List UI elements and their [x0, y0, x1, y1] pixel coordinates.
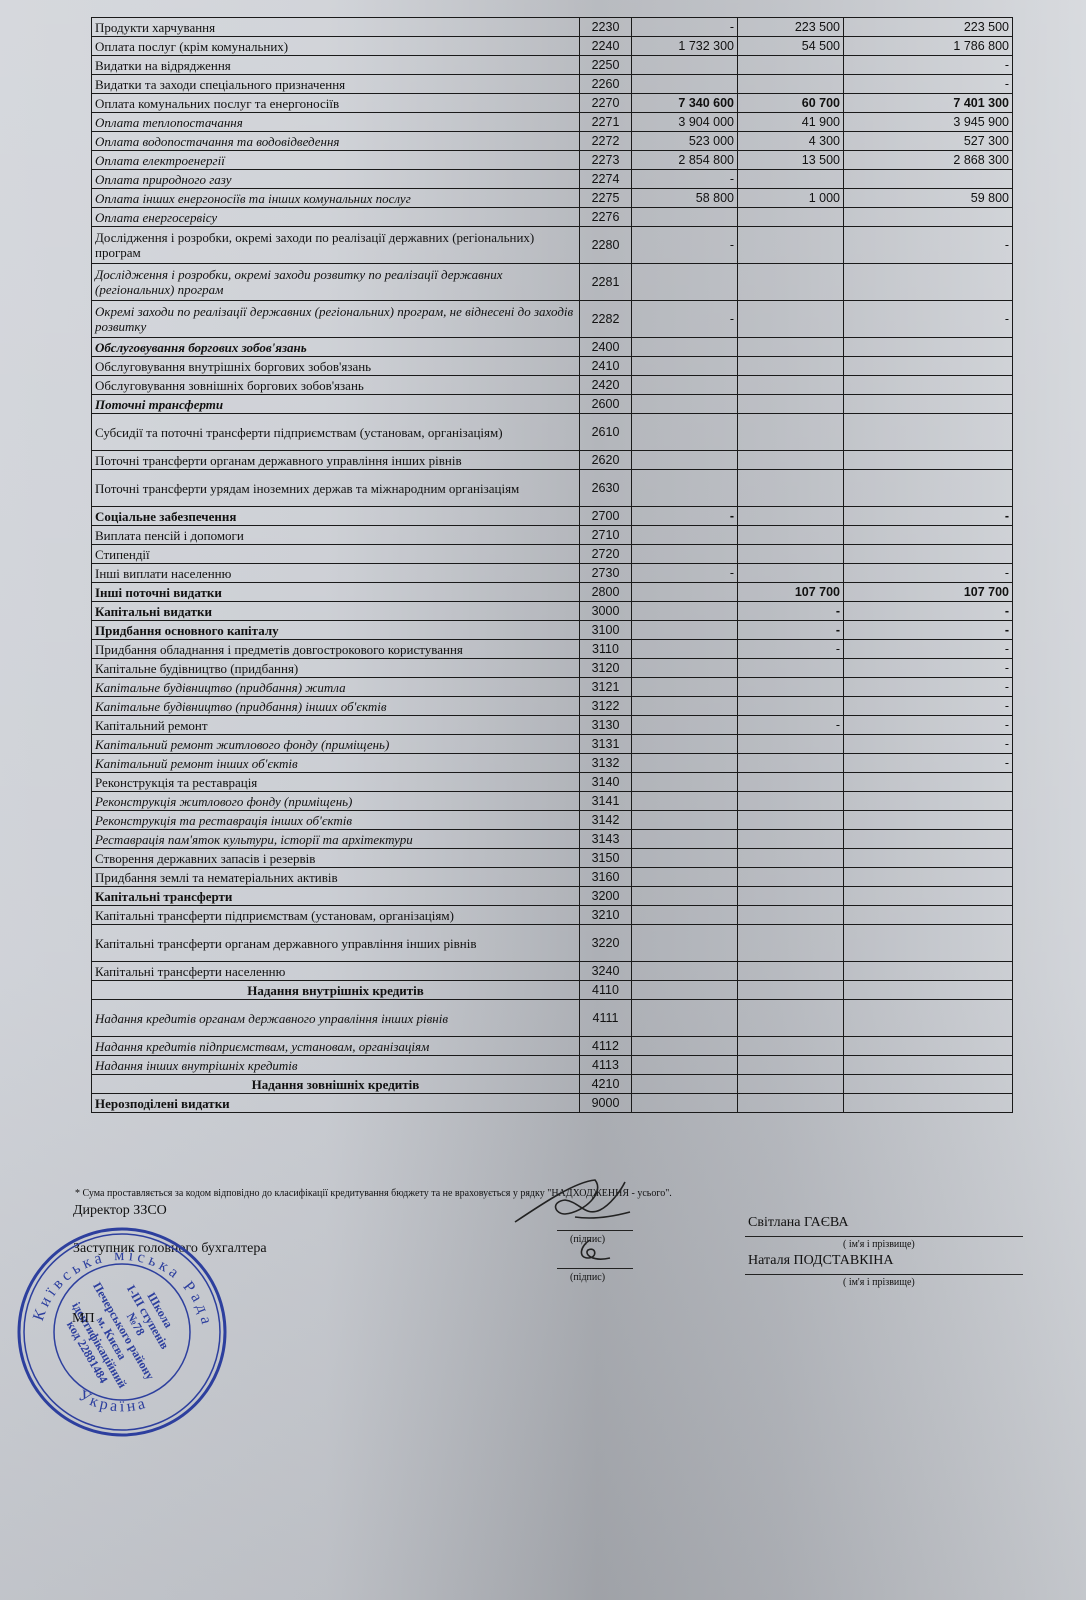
row-code: 3160	[580, 868, 632, 887]
row-value-special-fund: -	[738, 602, 844, 621]
row-value-general-fund	[632, 830, 738, 849]
row-code: 2271	[580, 113, 632, 132]
director-name: Світлана ГАЄВА	[748, 1215, 849, 1231]
table-row: Капітальний ремонт3130--	[92, 716, 1013, 735]
row-value-total	[844, 981, 1013, 1000]
row-value-total: -	[844, 564, 1013, 583]
row-code: 3200	[580, 887, 632, 906]
table-row: Поточні трансферти урядам іноземних держ…	[92, 470, 1013, 507]
row-value-total: -	[844, 621, 1013, 640]
row-name: Реконструкція та реставрація	[92, 773, 580, 792]
row-name: Придбання обладнання і предметів довгост…	[92, 640, 580, 659]
row-value-total	[844, 925, 1013, 962]
row-name: Окремі заходи по реалізації державних (р…	[92, 301, 580, 338]
row-value-total	[844, 887, 1013, 906]
row-value-general-fund: -	[632, 564, 738, 583]
row-name: Видатки на відрядження	[92, 56, 580, 75]
row-value-special-fund	[738, 925, 844, 962]
row-value-total: 223 500	[844, 18, 1013, 37]
row-code: 9000	[580, 1094, 632, 1113]
row-code: 2730	[580, 564, 632, 583]
row-name: Дослідження і розробки, окремі заходи по…	[92, 227, 580, 264]
row-value-general-fund: 3 904 000	[632, 113, 738, 132]
row-value-general-fund	[632, 906, 738, 925]
row-name: Обслуговування боргових зобов'язань	[92, 338, 580, 357]
budget-expenditure-table: Продукти харчування2230-223 500223 500Оп…	[91, 17, 1013, 1113]
row-code: 2240	[580, 37, 632, 56]
row-value-total	[844, 1000, 1013, 1037]
row-name: Дослідження і розробки, окремі заходи ро…	[92, 264, 580, 301]
row-value-total: -	[844, 301, 1013, 338]
row-value-special-fund	[738, 868, 844, 887]
row-name: Інші поточні видатки	[92, 583, 580, 602]
row-value-special-fund	[738, 526, 844, 545]
row-name: Оплата електроенергії	[92, 151, 580, 170]
row-value-total	[844, 451, 1013, 470]
row-name: Обслуговування внутрішніх боргових зобов…	[92, 357, 580, 376]
row-code: 3121	[580, 678, 632, 697]
row-name: Придбання землі та нематеріальних активі…	[92, 868, 580, 887]
row-value-general-fund	[632, 451, 738, 470]
table-row: Капітальне будівництво (придбання) житла…	[92, 678, 1013, 697]
table-row: Соціальне забезпечення2700--	[92, 507, 1013, 526]
row-value-total	[844, 208, 1013, 227]
row-name: Продукти харчування	[92, 18, 580, 37]
row-value-general-fund	[632, 659, 738, 678]
row-value-total: -	[844, 227, 1013, 264]
table-row: Оплата інших енергоносіїв та інших комун…	[92, 189, 1013, 208]
row-value-general-fund	[632, 602, 738, 621]
row-code: 2270	[580, 94, 632, 113]
row-name: Реконструкція житлового фонду (приміщень…	[92, 792, 580, 811]
row-value-general-fund	[632, 811, 738, 830]
row-name: Створення державних запасів і резервів	[92, 849, 580, 868]
table-row: Капітальне будівництво (придбання) інших…	[92, 697, 1013, 716]
row-name: Капітальне будівництво (придбання) житла	[92, 678, 580, 697]
row-value-total	[844, 792, 1013, 811]
row-value-special-fund: 60 700	[738, 94, 844, 113]
row-value-special-fund	[738, 792, 844, 811]
row-value-general-fund: 523 000	[632, 132, 738, 151]
table-row: Надання внутрішніх кредитів4110	[92, 981, 1013, 1000]
row-value-special-fund: -	[738, 716, 844, 735]
table-row: Інші виплати населенню2730--	[92, 564, 1013, 583]
row-value-total	[844, 1075, 1013, 1094]
row-code: 2274	[580, 170, 632, 189]
row-value-general-fund: 2 854 800	[632, 151, 738, 170]
row-code: 2720	[580, 545, 632, 564]
row-value-general-fund: 58 800	[632, 189, 738, 208]
row-code: 2276	[580, 208, 632, 227]
director-signature	[505, 1172, 635, 1232]
row-value-total	[844, 906, 1013, 925]
row-value-total: 2 868 300	[844, 151, 1013, 170]
row-value-special-fund	[738, 981, 844, 1000]
row-name: Оплата послуг (крім комунальних)	[92, 37, 580, 56]
table-row: Придбання обладнання і предметів довгост…	[92, 640, 1013, 659]
row-value-total: -	[844, 678, 1013, 697]
table-row: Створення державних запасів і резервів31…	[92, 849, 1013, 868]
row-value-total	[844, 338, 1013, 357]
row-value-total	[844, 170, 1013, 189]
row-value-general-fund	[632, 697, 738, 716]
row-value-total	[844, 545, 1013, 564]
row-value-total: -	[844, 507, 1013, 526]
row-value-general-fund	[632, 357, 738, 376]
row-value-general-fund: -	[632, 170, 738, 189]
table-row: Субсидії та поточні трансферти підприємс…	[92, 414, 1013, 451]
row-value-special-fund	[738, 1037, 844, 1056]
row-value-general-fund	[632, 1094, 738, 1113]
deputy-sign-caption: (підпис)	[570, 1272, 605, 1283]
row-value-general-fund	[632, 1000, 738, 1037]
row-code: 3150	[580, 849, 632, 868]
row-value-general-fund	[632, 925, 738, 962]
mp-label: МП	[72, 1311, 95, 1326]
row-value-total: -	[844, 716, 1013, 735]
deputy-name: Наталя ПОДСТАВКІНА	[748, 1253, 893, 1269]
row-value-general-fund	[632, 1056, 738, 1075]
row-value-general-fund	[632, 1075, 738, 1094]
table-row: Видатки та заходи спеціального призначен…	[92, 75, 1013, 94]
row-code: 2260	[580, 75, 632, 94]
row-value-special-fund	[738, 338, 844, 357]
row-value-special-fund	[738, 75, 844, 94]
row-name: Капітальний ремонт	[92, 716, 580, 735]
row-value-special-fund: 54 500	[738, 37, 844, 56]
row-name: Нерозподілені видатки	[92, 1094, 580, 1113]
deputy-name-caption: ( ім'я і прізвище)	[843, 1277, 915, 1288]
director-title: Директор ЗЗСО	[73, 1203, 167, 1219]
row-value-special-fund	[738, 887, 844, 906]
row-value-special-fund	[738, 1075, 844, 1094]
row-code: 2400	[580, 338, 632, 357]
table-row: Реконструкція та реставрація інших об'єк…	[92, 811, 1013, 830]
table-row: Оплата електроенергії22732 854 80013 500…	[92, 151, 1013, 170]
row-code: 2700	[580, 507, 632, 526]
table-row: Капітальне будівництво (придбання)3120-	[92, 659, 1013, 678]
stamp-bottom-text: Україна	[75, 1387, 149, 1415]
row-code: 4111	[580, 1000, 632, 1037]
row-code: 3210	[580, 906, 632, 925]
row-value-general-fund	[632, 414, 738, 451]
row-value-special-fund	[738, 564, 844, 583]
table-row: Надання кредитів органам державного упра…	[92, 1000, 1013, 1037]
row-name: Обслуговування зовнішніх боргових зобов'…	[92, 376, 580, 395]
row-value-general-fund: -	[632, 18, 738, 37]
table-row: Капітальні трансферти органам державного…	[92, 925, 1013, 962]
row-code: 2620	[580, 451, 632, 470]
row-value-special-fund	[738, 906, 844, 925]
row-value-total	[844, 1056, 1013, 1075]
row-name: Оплата комунальних послуг та енергоносії…	[92, 94, 580, 113]
table-row: Капітальні видатки3000--	[92, 602, 1013, 621]
row-name: Реставрація пам'яток культури, історії т…	[92, 830, 580, 849]
row-name: Соціальне забезпечення	[92, 507, 580, 526]
row-value-total: 1 786 800	[844, 37, 1013, 56]
row-value-general-fund: -	[632, 507, 738, 526]
row-value-special-fund	[738, 735, 844, 754]
row-value-special-fund	[738, 395, 844, 414]
row-name: Субсидії та поточні трансферти підприємс…	[92, 414, 580, 451]
row-name: Капітальні трансферти	[92, 887, 580, 906]
row-value-general-fund: 7 340 600	[632, 94, 738, 113]
row-name: Капітальне будівництво (придбання) інших…	[92, 697, 580, 716]
row-value-special-fund	[738, 507, 844, 526]
table-row: Продукти харчування2230-223 500223 500	[92, 18, 1013, 37]
official-stamp: Київська міська Рада Україна ШколаІ-ІІІ …	[12, 1222, 232, 1437]
row-value-special-fund	[738, 1094, 844, 1113]
row-code: 2275	[580, 189, 632, 208]
row-code: 3110	[580, 640, 632, 659]
row-value-total: -	[844, 640, 1013, 659]
row-name: Капітальні трансферти підприємствам (уст…	[92, 906, 580, 925]
row-value-general-fund	[632, 395, 738, 414]
row-value-total	[844, 830, 1013, 849]
row-name: Надання кредитів органам державного упра…	[92, 1000, 580, 1037]
table-row: Надання інших внутрішніх кредитів4113	[92, 1056, 1013, 1075]
table-row: Оплата водопостачання та водовідведення2…	[92, 132, 1013, 151]
row-value-general-fund	[632, 264, 738, 301]
row-value-special-fund	[738, 56, 844, 75]
row-value-total: -	[844, 602, 1013, 621]
row-code: 2281	[580, 264, 632, 301]
table-row: Виплата пенсій і допомоги2710	[92, 526, 1013, 545]
row-value-special-fund: 223 500	[738, 18, 844, 37]
row-value-total: 107 700	[844, 583, 1013, 602]
row-code: 2800	[580, 583, 632, 602]
row-code: 2630	[580, 470, 632, 507]
row-value-general-fund: -	[632, 301, 738, 338]
table-row: Капітальні трансферти населенню3240	[92, 962, 1013, 981]
row-value-special-fund	[738, 659, 844, 678]
row-value-total: 59 800	[844, 189, 1013, 208]
row-value-special-fund	[738, 697, 844, 716]
table-row: Оплата теплопостачання22713 904 00041 90…	[92, 113, 1013, 132]
table-row: Надання зовнішніх кредитів4210	[92, 1075, 1013, 1094]
row-value-general-fund	[632, 470, 738, 507]
table-row: Видатки на відрядження2250-	[92, 56, 1013, 75]
deputy-sign-line	[557, 1268, 633, 1269]
table-row: Капітальні трансферти3200	[92, 887, 1013, 906]
row-value-total	[844, 773, 1013, 792]
row-name: Оплата теплопостачання	[92, 113, 580, 132]
row-value-general-fund	[632, 640, 738, 659]
row-name: Придбання основного капіталу	[92, 621, 580, 640]
row-value-general-fund: 1 732 300	[632, 37, 738, 56]
row-value-general-fund	[632, 716, 738, 735]
row-value-total: -	[844, 75, 1013, 94]
row-value-special-fund	[738, 301, 844, 338]
row-value-general-fund: -	[632, 227, 738, 264]
row-value-special-fund	[738, 830, 844, 849]
row-value-special-fund: 1 000	[738, 189, 844, 208]
row-value-general-fund	[632, 583, 738, 602]
row-name: Інші виплати населенню	[92, 564, 580, 583]
row-value-total: 3 945 900	[844, 113, 1013, 132]
row-value-total: 7 401 300	[844, 94, 1013, 113]
table-row: Поточні трансферти2600	[92, 395, 1013, 414]
row-code: 3131	[580, 735, 632, 754]
row-value-total	[844, 376, 1013, 395]
row-value-special-fund	[738, 264, 844, 301]
row-name: Поточні трансферти урядам іноземних держ…	[92, 470, 580, 507]
row-name: Надання інших внутрішніх кредитів	[92, 1056, 580, 1075]
table-row: Інші поточні видатки2800107 700107 700	[92, 583, 1013, 602]
row-value-special-fund	[738, 962, 844, 981]
row-name: Надання кредитів підприємствам, установа…	[92, 1037, 580, 1056]
row-name: Поточні трансферти органам державного уп…	[92, 451, 580, 470]
table-row: Реставрація пам'яток культури, історії т…	[92, 830, 1013, 849]
deputy-signature	[570, 1236, 620, 1266]
table-row: Обслуговування зовнішніх боргових зобов'…	[92, 376, 1013, 395]
table-row: Дослідження і розробки, окремі заходи ро…	[92, 264, 1013, 301]
row-value-total	[844, 264, 1013, 301]
row-code: 3140	[580, 773, 632, 792]
table-row: Капітальний ремонт житлового фонду (прим…	[92, 735, 1013, 754]
row-value-special-fund: -	[738, 640, 844, 659]
row-value-general-fund	[632, 849, 738, 868]
row-name: Видатки та заходи спеціального призначен…	[92, 75, 580, 94]
row-value-total	[844, 962, 1013, 981]
row-name: Стипендії	[92, 545, 580, 564]
row-value-total: -	[844, 56, 1013, 75]
row-name: Оплата інших енергоносіїв та інших комун…	[92, 189, 580, 208]
row-code: 3240	[580, 962, 632, 981]
row-value-total	[844, 395, 1013, 414]
row-value-total	[844, 470, 1013, 507]
row-code: 3143	[580, 830, 632, 849]
row-value-special-fund	[738, 357, 844, 376]
row-value-general-fund	[632, 75, 738, 94]
row-value-special-fund	[738, 227, 844, 264]
row-value-general-fund	[632, 754, 738, 773]
row-code: 2600	[580, 395, 632, 414]
row-code: 2420	[580, 376, 632, 395]
row-code: 2272	[580, 132, 632, 151]
row-value-general-fund	[632, 338, 738, 357]
row-value-special-fund	[738, 811, 844, 830]
row-code: 3120	[580, 659, 632, 678]
table-row: Надання кредитів підприємствам, установа…	[92, 1037, 1013, 1056]
row-name: Капітальні трансферти населенню	[92, 962, 580, 981]
row-value-special-fund	[738, 678, 844, 697]
row-code: 2280	[580, 227, 632, 264]
row-value-general-fund	[632, 621, 738, 640]
row-value-special-fund: -	[738, 621, 844, 640]
row-value-general-fund	[632, 981, 738, 1000]
row-value-general-fund	[632, 735, 738, 754]
row-code: 2710	[580, 526, 632, 545]
row-value-general-fund	[632, 678, 738, 697]
row-value-general-fund	[632, 56, 738, 75]
row-value-general-fund	[632, 792, 738, 811]
row-value-general-fund	[632, 868, 738, 887]
row-name: Виплата пенсій і допомоги	[92, 526, 580, 545]
table-row: Оплата послуг (крім комунальних)22401 73…	[92, 37, 1013, 56]
row-value-general-fund	[632, 376, 738, 395]
row-code: 3000	[580, 602, 632, 621]
row-value-total	[844, 1094, 1013, 1113]
row-value-general-fund	[632, 208, 738, 227]
svg-text:Україна: Україна	[75, 1387, 149, 1415]
row-name: Оплата природного газу	[92, 170, 580, 189]
row-value-general-fund	[632, 545, 738, 564]
row-code: 3141	[580, 792, 632, 811]
row-code: 2410	[580, 357, 632, 376]
row-value-total	[844, 811, 1013, 830]
row-value-total	[844, 414, 1013, 451]
row-code: 2230	[580, 18, 632, 37]
table-row: Оплата природного газу2274-	[92, 170, 1013, 189]
row-name: Капітальний ремонт житлового фонду (прим…	[92, 735, 580, 754]
row-code: 2610	[580, 414, 632, 451]
row-value-total: -	[844, 735, 1013, 754]
row-name: Капітальний ремонт інших об'єктів	[92, 754, 580, 773]
row-value-total: -	[844, 754, 1013, 773]
row-name: Капітальне будівництво (придбання)	[92, 659, 580, 678]
row-value-special-fund	[738, 1000, 844, 1037]
row-value-total	[844, 849, 1013, 868]
table-row: Реконструкція та реставрація3140	[92, 773, 1013, 792]
row-value-special-fund	[738, 1056, 844, 1075]
row-value-special-fund: 107 700	[738, 583, 844, 602]
row-code: 4113	[580, 1056, 632, 1075]
table-row: Реконструкція житлового фонду (приміщень…	[92, 792, 1013, 811]
row-value-special-fund: 4 300	[738, 132, 844, 151]
table-row: Обслуговування внутрішніх боргових зобов…	[92, 357, 1013, 376]
table-row: Капітальний ремонт інших об'єктів3132-	[92, 754, 1013, 773]
deputy-name-line	[745, 1274, 1023, 1275]
row-code: 3132	[580, 754, 632, 773]
table-row: Оплата енергосервісу2276	[92, 208, 1013, 227]
row-name: Надання внутрішніх кредитів	[92, 981, 580, 1000]
row-value-special-fund	[738, 773, 844, 792]
director-sign-line	[557, 1230, 633, 1231]
row-code: 3122	[580, 697, 632, 716]
row-name: Поточні трансферти	[92, 395, 580, 414]
row-name: Оплата енергосервісу	[92, 208, 580, 227]
row-value-general-fund	[632, 887, 738, 906]
row-code: 3220	[580, 925, 632, 962]
row-value-special-fund	[738, 849, 844, 868]
table-row: Нерозподілені видатки9000	[92, 1094, 1013, 1113]
row-value-special-fund	[738, 545, 844, 564]
row-value-total	[844, 526, 1013, 545]
row-value-special-fund	[738, 470, 844, 507]
table-row: Капітальні трансферти підприємствам (уст…	[92, 906, 1013, 925]
row-name: Реконструкція та реставрація інших об'єк…	[92, 811, 580, 830]
row-value-special-fund: 13 500	[738, 151, 844, 170]
row-value-total	[844, 868, 1013, 887]
row-code: 3142	[580, 811, 632, 830]
row-value-general-fund	[632, 526, 738, 545]
row-name: Оплата водопостачання та водовідведення	[92, 132, 580, 151]
table-row: Придбання землі та нематеріальних активі…	[92, 868, 1013, 887]
row-value-special-fund: 41 900	[738, 113, 844, 132]
row-value-total: -	[844, 697, 1013, 716]
row-code: 3100	[580, 621, 632, 640]
row-value-total	[844, 357, 1013, 376]
table-row: Обслуговування боргових зобов'язань2400	[92, 338, 1013, 357]
row-code: 4210	[580, 1075, 632, 1094]
row-value-special-fund	[738, 170, 844, 189]
row-code: 2250	[580, 56, 632, 75]
table-row: Окремі заходи по реалізації державних (р…	[92, 301, 1013, 338]
table-row: Оплата комунальних послуг та енергоносії…	[92, 94, 1013, 113]
row-value-total: -	[844, 659, 1013, 678]
table-row: Поточні трансферти органам державного уп…	[92, 451, 1013, 470]
